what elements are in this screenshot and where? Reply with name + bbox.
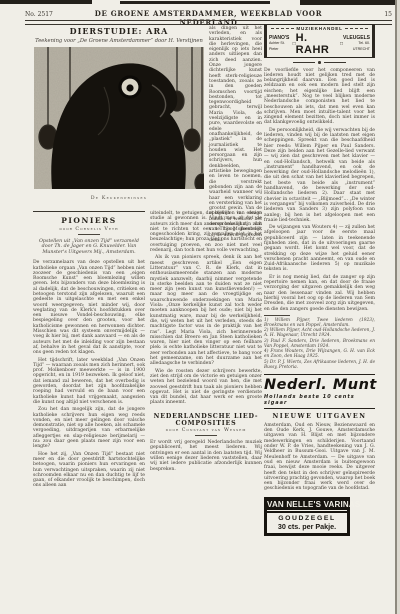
pioniers-byline: door Cornelis Veth — [33, 227, 145, 232]
image-caption: De Keukenprinses — [33, 196, 205, 201]
footnote: 3) Paul F. Sanders, Drie liederen, Broek… — [264, 339, 375, 349]
dashed-rule — [345, 28, 368, 29]
ara-drawing-image — [34, 47, 204, 189]
page-edge-line — [395, 0, 397, 614]
goudzegel-label: GOUDZEGEL — [268, 515, 346, 522]
footnote: 2) Willem Pijper, Acht oud-Hollandsche l… — [264, 328, 375, 338]
right-column: MUZIEKHANDEL PIANO'S Achter St. Pieter □… — [264, 24, 375, 536]
body-paragraph: uiteindelt, te getuigen, dat bijwijlen v… — [150, 211, 262, 253]
newspaper-page: No. 2517 DE GROENE AMSTERDAMMER, WEEKBLA… — [0, 0, 400, 614]
body-paragraph: Als ik van pioniers spreek, denk ik aan … — [150, 255, 262, 366]
price-label: 30 cts. per Pakje. — [268, 522, 346, 531]
divider-dot — [318, 61, 321, 64]
issue-number: No. 2517 — [25, 11, 85, 18]
footnote-separator — [264, 315, 290, 316]
munt-brand-name: Nederl. Munt — [264, 377, 375, 393]
mini-rule — [78, 234, 100, 235]
pianos-text: PIANO'S — [269, 35, 289, 41]
section-divider — [264, 61, 375, 64]
body-paragraph: De voorliefde voor het componeeren van l… — [264, 68, 375, 126]
section-rule — [33, 211, 145, 212]
rahr-address: Achter St. Pieter — [269, 41, 293, 52]
pioniers-intro: Opstellen uit „Van onzen Tijd” verzameld… — [33, 239, 145, 255]
pianos-label: PIANO'S Achter St. Pieter — [269, 36, 293, 53]
scan-artifact — [120, 1, 270, 4]
middle-column: uiteindelt, te getuigen, dat bijwijlen v… — [150, 211, 262, 474]
van-nelle-brand: VAN NELLE'S VARINAS — [267, 500, 347, 511]
scan-artifact — [300, 0, 400, 5]
van-nelle-inner-panel: GOUDZEGEL 30 cts. per Pakje. — [267, 513, 347, 533]
body-paragraph: De verzamelaars van deze opstellen uit h… — [33, 260, 145, 355]
footnote: 4) Frans Wouters, Drie Wijzangen, G. H. … — [264, 349, 375, 359]
lied-title-line2: COMPOSITIES — [150, 420, 262, 427]
lied-title-line1: NEDERLANDSCHE LIED- — [150, 413, 262, 420]
dashed-rule — [271, 28, 294, 29]
nederl-munt-ad: Nederl. Munt Hollands beste 10 cents sig… — [264, 374, 375, 409]
lied-composities-section: NEDERLANDSCHE LIED- COMPOSITIES door Con… — [150, 413, 262, 472]
footnote: 5) Dr. P. J. Wierts, Zes Afrikaanse lied… — [264, 360, 375, 370]
scan-artifact — [0, 0, 92, 4]
rahr-ad-header: MUZIEKHANDEL — [269, 26, 370, 31]
van-nelle-ad: VAN NELLE'S VARINAS GOUDZEGEL 30 cts. pe… — [264, 497, 350, 536]
rahr-city: UTRECHT — [343, 47, 370, 53]
dierstudie-subtitle: Teekening voor „De Groene Amsterdammer” … — [33, 38, 205, 44]
body-paragraph: Wie de rossten dezer schrijvers bewerkte… — [150, 369, 262, 406]
dierstudie-title: DIERSTUDIE: ARA — [33, 26, 205, 36]
body-paragraph: Amsterdam, Oud en Nieuw, Bezienswaard en… — [264, 423, 375, 492]
rahr-name: H. RAHR — [296, 32, 340, 56]
dierstudie-section: DIERSTUDIE: ARA Teekening voor „De Groen… — [33, 26, 205, 201]
body-paragraph: Het tijdschrift, later weekblad „Van Onz… — [33, 358, 145, 406]
nieuwe-uitgaven-title: NIEUWE UITGAVEN — [264, 413, 375, 420]
vleugels-text: VLEUGELS — [343, 35, 370, 41]
body-paragraph: De persoonlijkheid, die wij verwachten b… — [264, 128, 375, 223]
vleugels-label: VLEUGELS Tel. 60. UTRECHT — [343, 36, 370, 53]
lied-byline: door Constant van Wessem — [150, 428, 262, 433]
pioniers-title: PIONIERS — [33, 216, 145, 225]
page-number: 15 — [332, 11, 392, 18]
body-paragraph: Er wordt vrij geregeld Nederlandsche muz… — [150, 440, 262, 472]
body-paragraph: Hoe het zij, „Van Onzen Tijd” bestaat ni… — [33, 452, 145, 489]
body-paragraph: Zou het dan mogelijk zijn, dat de jonger… — [33, 407, 145, 449]
munt-slogan: Hollands beste 10 cents sigaar — [264, 394, 375, 406]
nieuwe-uitgaven-section: NIEUWE UITGAVEN Amsterdam, Oud en Nieuw,… — [264, 413, 375, 492]
footnote: 1) Willem Pijper, Twee liederen (1923), … — [264, 318, 375, 328]
mini-rule — [195, 435, 217, 436]
muziekhandel-label: MUZIEKHANDEL — [296, 26, 342, 31]
rahr-music-ad: MUZIEKHANDEL PIANO'S Achter St. Pieter □… — [264, 24, 375, 58]
body-paragraph: De wijzangen van Wouters 4) — zij zullen… — [264, 225, 375, 273]
body-paragraph: Er is nog menig lied, dat de zanger op z… — [264, 275, 375, 312]
pioniers-column: PIONIERS door Cornelis Veth Opstellen ui… — [33, 211, 145, 491]
footnotes: 1) Willem Pijper, Twee liederen (1923), … — [264, 318, 375, 370]
